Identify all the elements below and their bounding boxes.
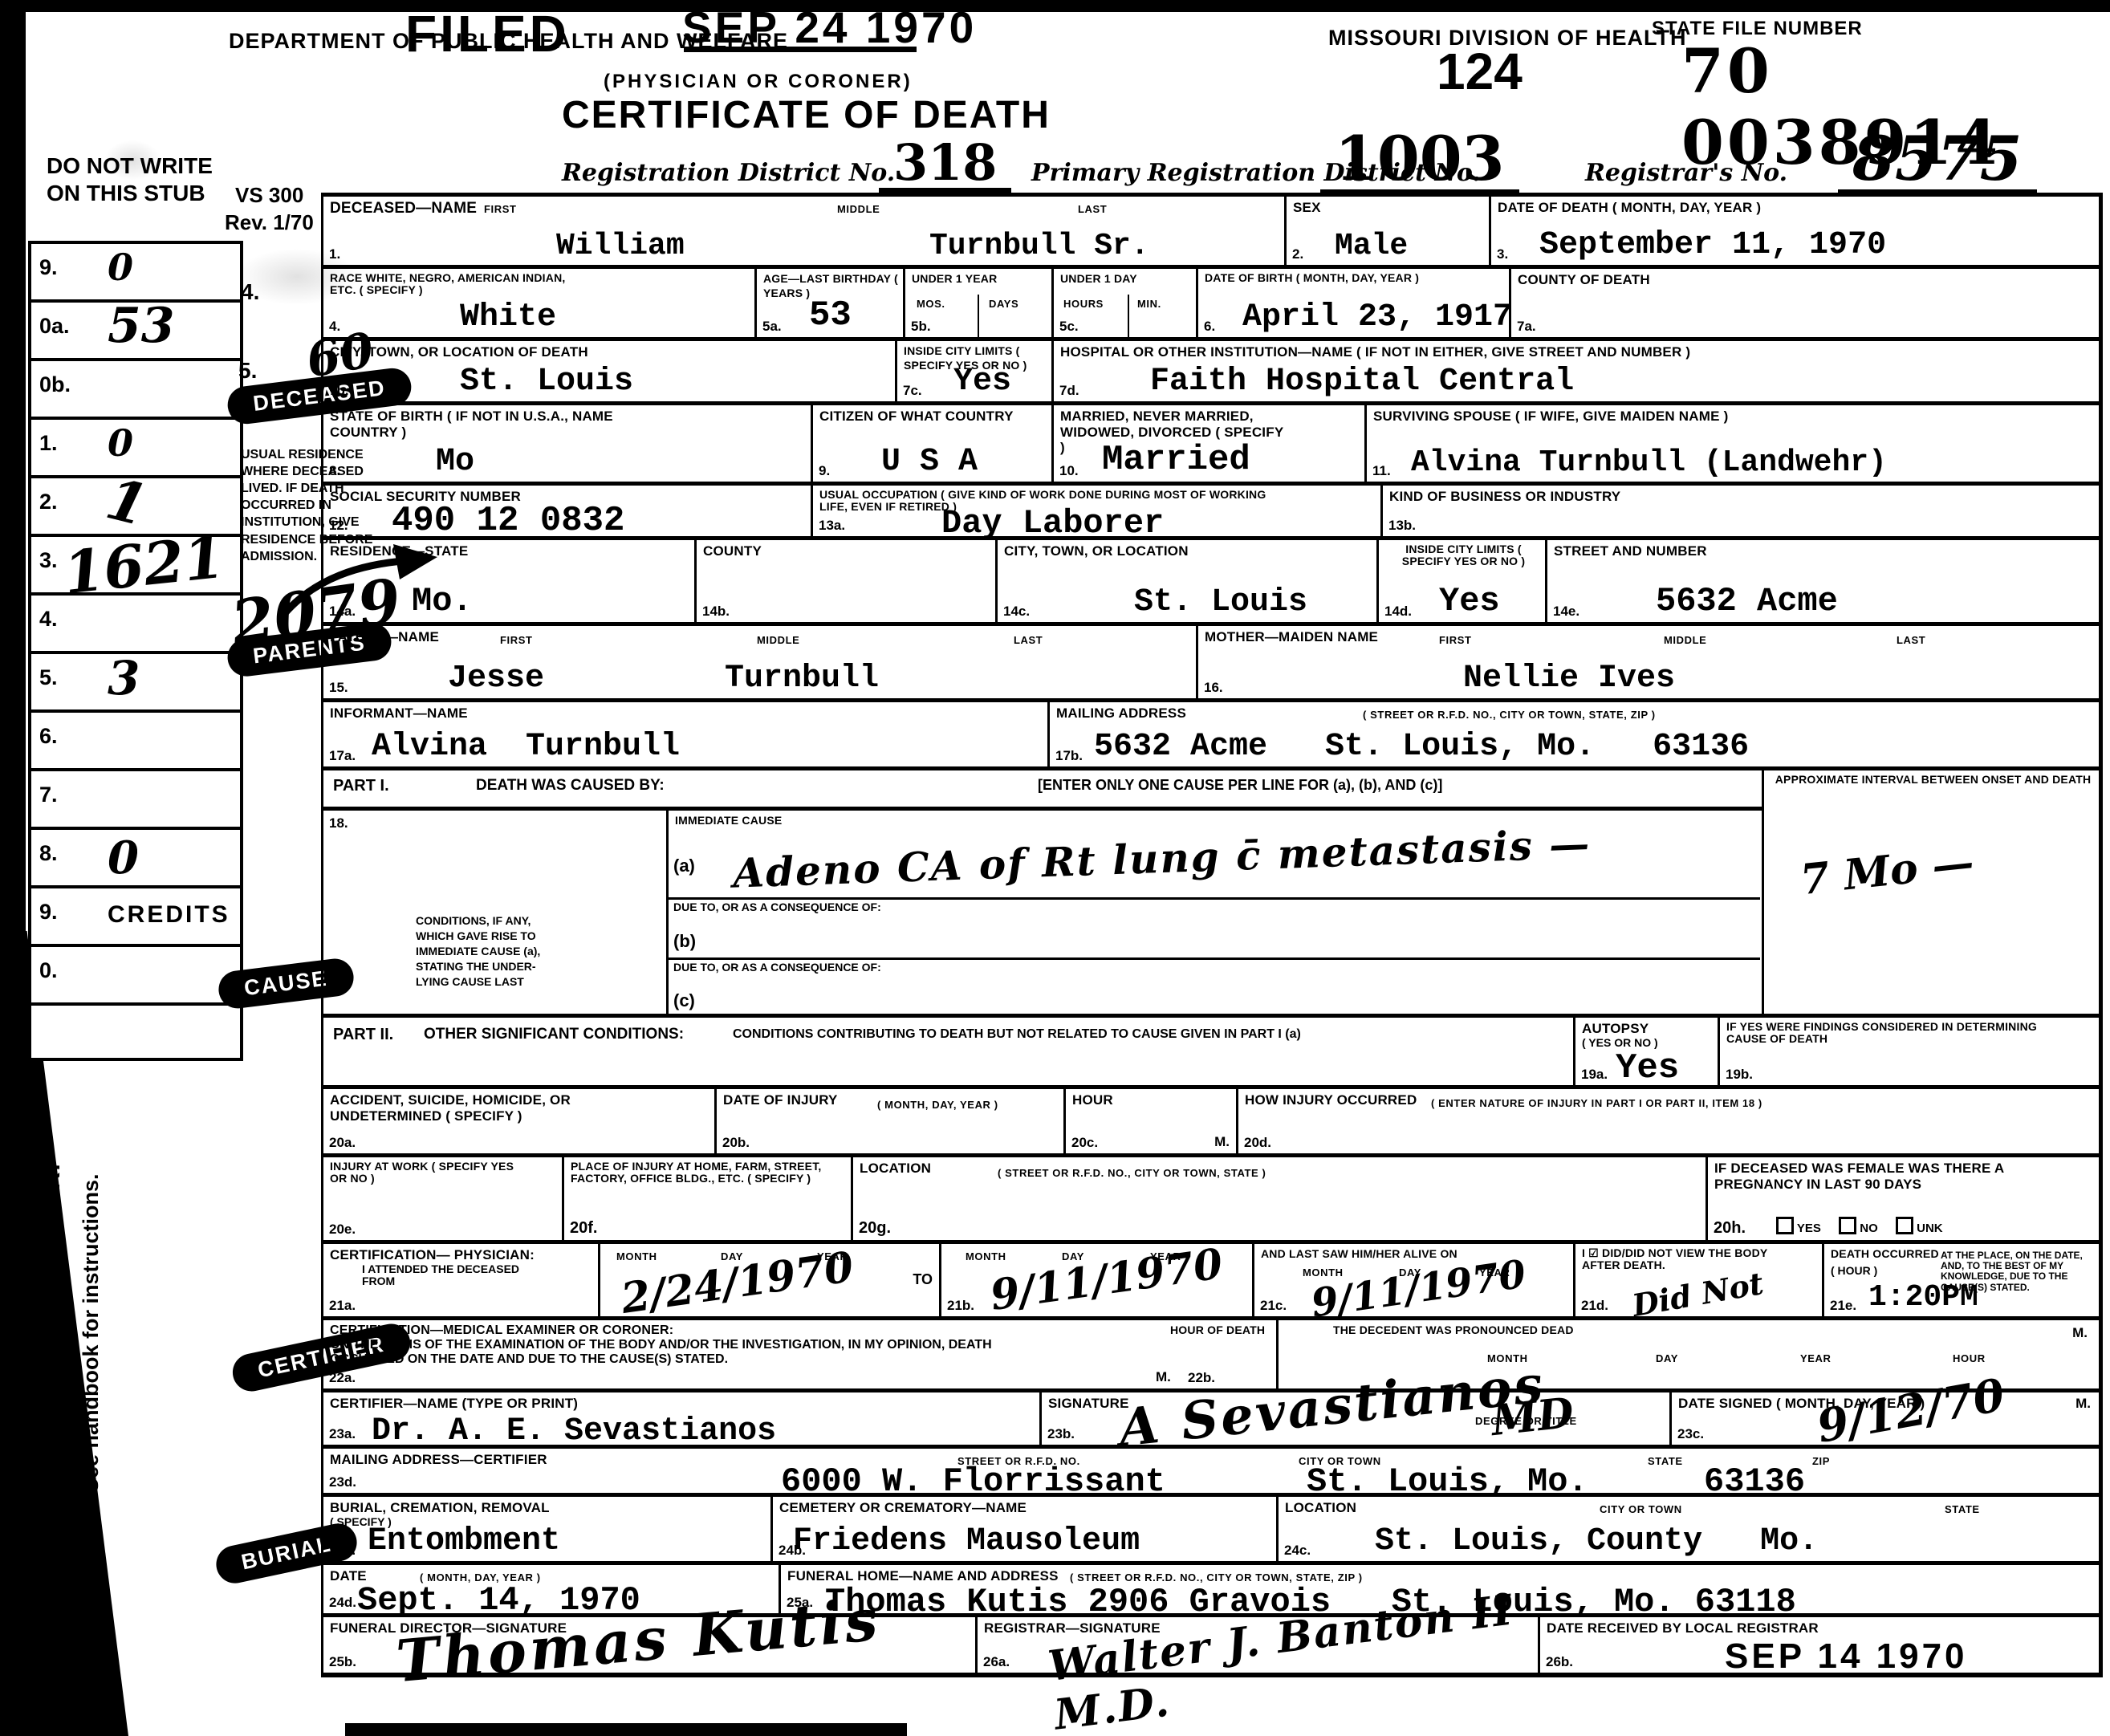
field-city-of-death: CITY, TOWN, OR LOCATION OF DEATH 7b. St.…: [321, 337, 895, 401]
stub-row: 9.0: [28, 241, 243, 299]
field-other-significant-conditions: PART II. OTHER SIGNIFICANT CONDITIONS: C…: [321, 1014, 1573, 1085]
interval-value: 7 Mo —: [1798, 838, 1976, 905]
field-attended-to-date: MONTH DAY YEAR 21b. 9/11/1970: [939, 1240, 1252, 1316]
field-how-injury-occurred: HOW INJURY OCCURRED ( ENTER NATURE OF IN…: [1236, 1085, 2103, 1153]
field-cemetery-name: CEMETERY OR CREMATORY—NAME 24b. Friedens…: [770, 1493, 1276, 1561]
field-certification-physician: CERTIFICATION— PHYSICIAN: I ATTENDED THE…: [321, 1240, 598, 1316]
field-death-occurred-hour: DEATH OCCURRED ( HOUR ) AT THE PLACE, ON…: [1822, 1240, 2103, 1316]
stub-row: 5.3: [28, 651, 243, 709]
field-residence-county: COUNTY 14b.: [694, 536, 995, 622]
death-certificate-scan: DEPARTMENT OF PUBLIC HEALTH AND WELFARE …: [0, 0, 2110, 1736]
field-last-saw-alive: AND LAST SAW HIM/HER ALIVE ON MONTH DAY …: [1252, 1240, 1573, 1316]
field-autopsy-findings: IF YES WERE FINDINGS CON­SIDERED IN DETE…: [1718, 1014, 2103, 1085]
field-hour-of-death: HOUR OF DEATH M. 22b.: [1067, 1316, 1276, 1388]
field-injury-location: LOCATION ( STREET OR R.F.D. NO., CITY OR…: [851, 1153, 1705, 1240]
field-place-of-injury: PLACE OF INJURY AT HOME, FARM, STREET, F…: [562, 1153, 851, 1240]
field-date-received: DATE RECEIVED BY LOCAL REGISTRAR 26b. SE…: [1538, 1613, 2103, 1677]
stub-row: 6.: [28, 709, 243, 768]
batch-number: 124: [1437, 42, 1523, 101]
field-certification-coroner: CERTIFICATION—MEDICAL EXAMINER OR CORONE…: [321, 1316, 1067, 1388]
checkbox-unk: [1896, 1217, 1913, 1234]
attended-to-value: 9/11/1970: [987, 1239, 1226, 1320]
arrow-annotation: [265, 530, 449, 626]
field-certifier-name: CERTIFIER—NAME (TYPE OR PRINT) 23a. Dr. …: [321, 1388, 1039, 1445]
primary-district-value: 1003: [1320, 128, 1519, 194]
field-age: AGE—LAST BIRTHDAY ( YEARS ) 5a. 53: [754, 265, 903, 337]
field-race: RACE WHITE, NEGRO, AMERICAN INDIAN, ETC.…: [321, 265, 754, 337]
field-informant-mailing-address: MAILING ADDRESS ( STREET OR R.F.D. NO., …: [1047, 698, 2103, 766]
field-residence-street: STREET AND NUMBER 14e. 5632 Acme: [1545, 536, 2103, 622]
field-date-of-birth: DATE OF BIRTH ( MONTH, DAY, YEAR ) 6. Ap…: [1196, 265, 1509, 337]
stub-row: 9.CREDITS: [28, 885, 243, 944]
margin-item-5: 5.: [238, 358, 257, 384]
field-county-of-death: COUNTY OF DEATH 7a.: [1509, 265, 2103, 337]
page-title: CERTIFICATE OF DEATH: [562, 93, 1051, 137]
field-ssn: SOCIAL SECURITY NUMBER 12. 490 12 0832: [321, 482, 811, 536]
stub-warning: DO NOT WRITE ON THIS STUB: [47, 152, 213, 206]
filed-stamp-underline: [684, 47, 917, 52]
field-accident-suicide-homicide: ACCIDENT, SUICIDE, HOMICIDE, OR UNDETERM…: [321, 1085, 714, 1153]
registration-district-label: Registration District No.: [562, 159, 895, 187]
margin-item-4: 4.: [241, 279, 259, 305]
cause-part1-header: PART I. DEATH WAS CAUSED BY: [ENTER ONLY…: [321, 766, 1762, 807]
field-registrar-signature: REGISTRAR—SIGNATURE 26a. Walter J. Banto…: [975, 1613, 1538, 1677]
field-industry: KIND OF BUSINESS OR INDUSTRY 13b.: [1380, 482, 2103, 536]
field-pregnancy: IF DECEASED WAS FEMALE WAS THERE A PREGN…: [1705, 1153, 2103, 1240]
field-under-1-day: UNDER 1 DAY HOURS MIN. 5c.: [1051, 265, 1196, 337]
checkbox-yes: [1776, 1217, 1794, 1234]
form-subtitle: (PHYSICIAN OR CORONER): [604, 71, 913, 93]
field-date-of-death: DATE OF DEATH ( MONTH, DAY, YEAR ) 3. Se…: [1489, 193, 2103, 265]
stub-row: 0a.53: [28, 299, 243, 358]
last-saw-value: 9/11/1970: [1308, 1252, 1528, 1327]
field-surviving-spouse: SURVIVING SPOUSE ( IF WIFE, GIVE MAIDEN …: [1364, 401, 2103, 482]
cause-lines-cell: IMMEDIATE CAUSE (a) Adeno CA of Rt lung …: [666, 807, 1762, 1014]
field-viewed-body: I ☑ DID/DID NOT VIEW THE BODY AFTER DEAT…: [1573, 1240, 1822, 1316]
field-autopsy: AUTOPSY ( YES OR NO ) 19a. Yes: [1573, 1014, 1718, 1085]
field-inside-city-limits-death: INSIDE CITY LIMITS ( SPECIFY YES OR NO )…: [895, 337, 1051, 401]
field-under-1-year: UNDER 1 YEAR MOS. DAYS 5b.: [903, 265, 1051, 337]
field-mother-maiden-name: MOTHER—MAIDEN NAME FIRST MIDDLE LAST 16.…: [1196, 622, 2103, 698]
form-revision: Rev. 1/70: [225, 210, 314, 235]
date-received-stamp: SEP 14 1970: [1725, 1636, 1968, 1677]
stub-row: 0b.: [28, 358, 243, 417]
filed-date-stamp: SEP 24 1970: [682, 2, 977, 53]
form-code: VS 300: [235, 183, 303, 208]
field-father-name: FATHER—NAME FIRST MIDDLE LAST 15. Jesse …: [321, 622, 1196, 698]
field-burial-type: BURIAL, CREMATION, REMOVAL ( SPECIFY ) 2…: [321, 1493, 770, 1561]
field-funeral-director-signature: FUNERAL DIRECTOR—SIGNATURE 25b. Thomas K…: [321, 1613, 975, 1677]
field-hospital: HOSPITAL OR OTHER INSTITUTION—NAME ( IF …: [1051, 337, 2103, 401]
field-marital-status: MARRIED, NEVER MARRIED, WIDOWED, DIVORCE…: [1051, 401, 1364, 482]
stub-row: 3.1621: [28, 534, 243, 592]
registrar-no-label: Registrar's No.: [1585, 159, 1787, 187]
viewed-body-value: Did Not: [1629, 1265, 1766, 1323]
field-residence-inside-city-limits: INSIDE CITY LIMITS ( SPECIFY YES OR NO )…: [1376, 536, 1545, 622]
field-state-of-birth: STATE OF BIRTH ( IF NOT IN U.S.A., NAME …: [321, 401, 811, 482]
degree-value: MD: [1489, 1388, 1575, 1445]
conditions-note: CONDITIONS, IF ANY, WHICH GAVE RISE TO I…: [416, 913, 564, 989]
field-attended-from-date: MONTH DAY YEAR 2/24/1970 TO: [598, 1240, 939, 1316]
field-certifier-signature: SIGNATURE DEGREE OR TITLE 23b. A Sevasti…: [1039, 1388, 1669, 1445]
cause-a-handwriting: Adeno CA of Rt lung c̄ metastasis —: [732, 819, 1592, 896]
field-deceased-name: DECEASED—NAME FIRST MIDDLE LAST 1. Willi…: [321, 193, 1284, 265]
field-sex: SEX 2. Male: [1284, 193, 1489, 265]
field-date-of-injury: DATE OF INJURY ( MONTH, DAY, YEAR ) 20b.: [714, 1085, 1063, 1153]
stub-row: 8.0: [28, 827, 243, 885]
scan-edge-top: [0, 0, 2110, 12]
checkbox-no: [1839, 1217, 1856, 1234]
field-hour-of-injury: HOUR 20c. M.: [1063, 1085, 1236, 1153]
registrar-no-value: 8575: [1838, 128, 2037, 194]
field-residence-city: CITY, TOWN, OR LOCATION 14c. St. Louis: [995, 536, 1376, 622]
stub-row: 0.: [28, 944, 243, 1002]
field-date-signed: DATE SIGNED ( MONTH, DAY, YEAR ) 23c. M.…: [1669, 1388, 2103, 1445]
cause-conditions-note-cell: 18. CONDITIONS, IF ANY, WHICH GAVE RISE …: [321, 807, 666, 1014]
stub-row: 4.: [28, 592, 243, 651]
registration-district-value: 318: [879, 138, 1011, 193]
filed-stamp: FILED: [405, 4, 570, 63]
field-interval-onset-death: APPROXIMATE INTERVAL BETWEEN ONSET AND D…: [1762, 766, 2103, 1014]
handbook-note: See handbook for instructions.: [79, 995, 104, 1493]
field-injury-at-work: INJURY AT WORK ( SPECIFY YES OR NO ) 20e…: [321, 1153, 562, 1240]
stub-row: 7.: [28, 768, 243, 827]
field-cemetery-location: LOCATION CITY OR TOWN STATE 24c. St. Lou…: [1276, 1493, 2103, 1561]
field-citizen-country: CITIZEN OF WHAT COUNTRY 9. U S A: [811, 401, 1051, 482]
scan-edge-bottom: [345, 1723, 907, 1736]
field-occupation: USUAL OCCUPATION ( GIVE KIND OF WORK DON…: [811, 482, 1380, 536]
stub-row: 1.0: [28, 417, 243, 475]
pregnancy-options: YES NO UNK: [1776, 1217, 1943, 1235]
scan-edge-left: [0, 0, 26, 1019]
field-informant: INFORMANT—NAME 17a. Alvina Turnbull: [321, 698, 1047, 766]
field-certifier-mailing-address: MAILING ADDRESS—CERTIFIER STREET OR R.F.…: [321, 1445, 2103, 1493]
permanent-ink-note: PERMANENT BLACK INK.: [39, 995, 66, 1493]
